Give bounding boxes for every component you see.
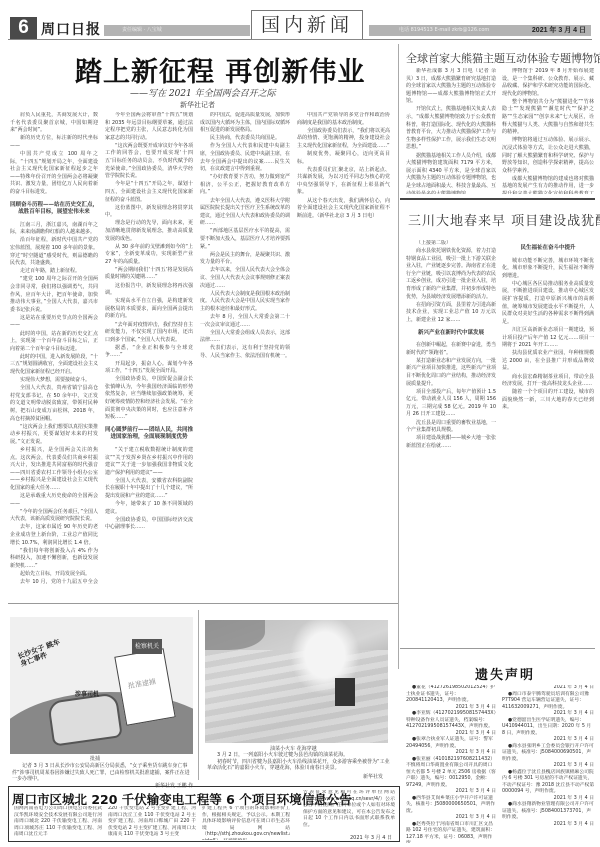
lost-notice-entry: ●商水县张明乡工会委员会银行开户许可证遗失，核准号：J5084000690501… <box>502 744 594 764</box>
story-divider <box>400 198 595 200</box>
section-title: 国内新闻 <box>251 10 363 39</box>
paragraph: 去年以来，全国人民代表大会全体会议、全国人大代表大会议事规则修正案表决通过…… <box>200 267 290 290</box>
prosecutor-badge: 检察机关 <box>132 639 162 654</box>
cartoon-driver-label: 涉事司机 <box>75 689 99 698</box>
paragraph: 中国共产党成立 100 周年之际，“十四五”规划开局之年，全面建设社会主义现代化… <box>10 151 98 197</box>
paragraph: 今年，她带来了 10 条不同领域的建议。 <box>105 501 193 516</box>
paragraph: 作为全国人大代表和民建中央副主席，全国政协委员、民建中央副主席，在去年全国两会中… <box>200 143 290 173</box>
paragraph: 商水县宏森精制茶业项目，带动全县经济发展，打开一批高科技龙头企业…… <box>502 374 594 389</box>
paragraph: 实现伟大梦想，需要接续奋斗。 <box>10 377 98 385</box>
paragraph: 今年是“十四五”开局之年，谋划十四五，全面建设社会主义现代化国家新征程的奋斗蓝图… <box>105 181 193 204</box>
notice-column: 扩建工程共 6 个项目的环境影响评价工作，根据相关规定，予以公示。本期工程具体环… <box>202 806 290 840</box>
lost-notice-entry: ●西华县艾岗乡菜庄小学开户许可证遗失，核准号：J5080000650501，声明… <box>406 796 496 816</box>
paragraph: 去年，这家市属近 90 年历史的老企业成功登上新台阶，工业总产值同比增长 10.… <box>10 524 98 547</box>
lead-column-4: 中国共产党领导的多党合作和政治协商制度是我国的基本政治制度。 全国政协委员们表示… <box>297 112 390 584</box>
photo-hill <box>205 620 265 650</box>
paragraph: 江南三月，浙江嘉兴，南湖百年之际，来来南湖瞻仰红船的人越来越多。 <box>10 222 98 237</box>
paragraph: 中国共产党领导的多党合作和政治协商制度是我国的基本政治制度。 <box>297 112 390 127</box>
lost-notice-date: 2021 年 3 月 4 日 <box>502 822 594 829</box>
paragraph: 新的历史方位，标注新的时代坐标—— <box>10 135 98 150</box>
paragraph: “这次两会既要开成审议好今年各项工作的回答会，也要开成实现‘十四五’目标任务的动… <box>105 143 193 181</box>
paragraph: “关于建立税收数据统计制度的建议”“关于发挥乡贤在乡村振兴中作用的建议”“关于进… <box>105 447 193 477</box>
paragraph: 全国人大常委会组成人员表示，这部法律…… <box>200 330 290 345</box>
paragraph: 这是站在重要历史节点的全国两会—— <box>10 315 98 330</box>
paragraph: 全国政协委员们表示，“我们将以更高昂的热情、更饱满的精神，投身建设社会主义现代化… <box>297 128 390 151</box>
lost-notices-title[interactable]: 遗失声明 <box>475 664 535 683</box>
continued-note: （上接第二版） <box>406 240 496 248</box>
paragraph: 今年全国两会将审查“十四五”规划和 2035 年远景目标纲要草案，通过法定程序把… <box>105 112 193 142</box>
paragraph: 肩负人民重托，共商发展大计，数千名代表委员聚首京城，中国如期迎来“两会时间”。 <box>10 112 98 135</box>
paragraph: 博物馆将通过互动体验、展示展示、沉浸式体验等方式，让公众走进大熊猫，同时了解大熊… <box>502 137 594 175</box>
column-divider <box>398 44 399 669</box>
lost-notice-entry: ●杨鑫位于沈丘县槐店回族镇棉麻公司院内 6 号楼 301 号房屋的不动产权证遗失… <box>502 770 594 796</box>
paragraph: 走过百年路，踏上新征程。 <box>10 268 98 276</box>
van-illustration <box>47 692 123 746</box>
paragraph: 从这个春天出发，我们满怀信心，向着全面建设社会主义现代化国家新征程不断前进。（新… <box>297 198 390 221</box>
paragraph: 这是承载重大历史使命的全国两会—— <box>10 493 98 508</box>
lost-notice-entry: ●赵秀英位于河南省周口市川汇区文昌路 102 号住宅的房产证遗失，建筑面积：12… <box>406 822 496 844</box>
paragraph: 博物馆于 2019 年 8 月开始布展建设，是一个集科研、公众教育、展示、藏品收… <box>502 68 594 98</box>
lost-notice-entry: ●党德韶出生医学证明遗失，编号：U410944011，出生日期：2020 年 5… <box>502 718 594 738</box>
paragraph: 项目建设战犹酣——城乡大地一张张新蓝图正在绘就…… <box>406 435 496 450</box>
paragraph: 据熊猫基地相关工作人员介绍，成都大熊猫博物馆建筑面积 7179 平方米，展示面积… <box>406 153 496 194</box>
paragraph: 全国政协委员，中国国际经济交流中心副理事长…… <box>105 517 193 532</box>
lead-column-1: 肩负人民重托，共商发展大计，数千名代表委员聚首京城，中国如期迎来“两会时间”。 … <box>10 112 98 584</box>
panda-column-2: 博物馆于 2019 年 8 月开始布展建设，是一个集科研、公众教育、展示、藏品收… <box>502 68 594 194</box>
paragraph: 成都大熊猫博物馆的建成也将对熊猫基地的发展产生有力的推动作用，进一步提升和完善大… <box>502 176 594 194</box>
section-subhead: 民生福祉在奋斗中提升 <box>502 245 594 253</box>
paragraph: 中心城区各区局推动服务业高质量发展，不断推进项目建设，推动中心城区发展扩容提质，… <box>502 281 594 327</box>
lost-notice-entry: ●张亚丽（410182197608211432）不慎将周口华商置业有限公司开具的… <box>406 757 496 790</box>
lead-column-3: 的中国式，促进高质量发展，加快形成以国内大循环为主体，国内国际双循环相互促进的新… <box>200 112 290 584</box>
lead-byline: 新华社记者 <box>180 100 215 110</box>
paragraph: 去年全国人大代表，遵义医科大学附属医院院长提出关于医疗卫生系统改革的建议，通过全… <box>200 198 290 228</box>
paragraph: 在招商引资方面，县里着力引进高新技术企业，实现工业总产值 10 万元以上，新建企… <box>406 302 496 325</box>
photo-credit: 新华社发 <box>363 773 383 780</box>
editorial-cartoon[interactable]: 检察机关 批准逮捕 长沙女子 跳车身亡事件 涉事司机 <box>10 617 193 754</box>
column-divider <box>198 610 199 780</box>
paragraph: 从 30 多年前的戈壁滩到如今的“上专家”，全新变革成功，实现新型产业 27 年… <box>105 244 193 267</box>
paragraph: “我们每年将创新投入占 4% 作为科研投入，加速不懈创新，也新设发展新契机……” <box>10 548 98 571</box>
paragraph: 去年 8 月，全国人大常委会第二十一次会议审议通过…… <box>200 314 290 329</box>
notice-column: 220 千伏变电站 2 号主变扩建工程、河南周口沈丘工业 110 千伏变电站 2… <box>108 806 196 840</box>
paragraph: 某打造新业态和产业发展方向，一批新兴产业项目加快推进，这些新兴产业项目不断优化周… <box>406 358 496 388</box>
paragraph: 人民代表大会制度是我国根本政治制度。人民代表大会是中国人民实现当家作主的根本途径… <box>200 291 290 314</box>
lost-notice-entry: ●李亚辉（412702199508157443X）特种设备作业人员证遗失，档案编… <box>406 711 496 731</box>
sanchuan-column-2: 民生福祉在奋斗中提升 城市功能不断完善，城市环境不断优化，城市形象不断提升，民生… <box>502 240 594 640</box>
issue-date: 2021 年 3 月 4 日 <box>532 25 586 36</box>
lost-notices-column-1: ●董花（412726198502012524）护士执业证书遗失，证号：20084… <box>406 685 496 843</box>
page-number: 6 <box>10 17 37 39</box>
paragraph: “西部地区基层医疗水平的提高，需要不断加大投入，基层医疗人才培养要抓紧。” <box>200 228 290 251</box>
paragraph: 整个博物馆共分为“熊猫进化”“竹林隐士”“发现熊猫”“濒危时代”“保护之路”“生… <box>502 99 594 137</box>
panda-headline[interactable]: 全球首家大熊猫主题互动体验专题博物馆开馆 <box>406 50 600 66</box>
paragraph: 这份报告中，新发展理念将再次强调。 <box>105 283 193 298</box>
photo-title: 油菜小火车 花海穿越 <box>270 745 317 752</box>
masthead: 6 周口日报 责任编辑 · 八宝城 国内新闻 电话 8194513 E-mail… <box>8 10 594 38</box>
news-photo[interactable] <box>205 620 388 743</box>
paragraph: 新华社成都 3 月 3 日电（记者 余贝）3 日，成都大熊猫繁育研究基地打造的全… <box>406 68 496 106</box>
paragraph: “建党 100 周年之际召开的全国两会非同寻常，我们将以强调勇气，共同作风，应百… <box>10 276 98 314</box>
paragraph: 两会是民主的舞台，是凝聚共识、激发力量的平台。 <box>200 252 290 267</box>
paragraph: 代表们表示，这有利于坚持党的领导、人民当家作主、依法治国有机统一。 <box>200 345 290 360</box>
lead-column-2: 今年全国两会将审查“十四五”规划和 2035 年远景目标纲要草案，通过法定程序把… <box>105 112 193 584</box>
paragraph: “去年面对疫情冲击，我们坚持自主研发能力，不仅实现了国内市场，还出口到多个国家，… <box>105 322 193 345</box>
lost-notice-entry: ●商水县翔新物业管理有限公司开户许可证遗失，核准号：J5084001373701… <box>502 802 594 822</box>
paragraph: 城市功能不断完善，城市环境不断优化，城市形象不断提升，民生福祉不断得到增进。 <box>502 258 594 281</box>
photo-caption-line-2: 初春时节，四川省犍为县嘉阳小火车沿线油菜花开，众多游客乘坐被誉为“工业革命活化石… <box>207 759 390 772</box>
panda-column-1: 新华社成都 3 月 3 日电（记者 余贝）3 日，成都大熊猫繁育研究基地打造的全… <box>406 68 496 194</box>
editor-bar: 责任编辑 · 八宝城 <box>104 25 250 36</box>
paragraph: “两会期间我们‘十四五’将是发展高质量时期的关键期……” <box>105 267 193 282</box>
sanchuan-column-1: （上接第二版） 商水县依托钢铁优化资源，着力打造特钢食品工业园，吸引一批上下游关… <box>406 240 496 640</box>
section-subhead: 回顾奋斗历程——站在历史交汇点，战胜百年目标，展望宏伟未来 <box>10 202 98 217</box>
lost-notice-entry: ●张翠合执业军人证遗失，证号：警军20494056，声明作废。 <box>406 737 496 750</box>
cartoon-event-label: 长沙女子 跳车身亡事件 <box>17 638 65 668</box>
paragraph: 开馆仪式上，熊猫基地相关负责人表示，“成都大熊猫博物馆致力于公众教育科普，将打造… <box>406 106 496 152</box>
paragraph: “今年的全国两会任务艰巨，”全国人大代表，该新高质发展研究院院长说。 <box>10 509 98 524</box>
paper-name-logo: 周口日报 <box>41 19 101 39</box>
cartoon-title: 批捕 <box>90 755 100 762</box>
photo-caption: 3 月 2 日，一列嘉阳小火车驶过犍为县芭沟镇的油菜花海。 初春时节，四川省犍为… <box>207 752 390 772</box>
lost-notices-column-2: 2021 年 3 月 4 日 ●周口市泰宇腾驾驶员培训有限公司豫 P7T904 … <box>502 685 594 843</box>
paragraph: 此时的中国，站在新的历史交汇点上，实现第一个百年奋斗目标之后，正向着第二个百年奋… <box>10 331 98 354</box>
paragraph: 商水县依托钢铁优化资源，着力打造特钢食品工业园，吸引一批上下游关联企业入驻，产业… <box>406 248 496 301</box>
lost-notice-entry: ●周口市泰宇腾驾驶员培训有限公司豫 P7T904 营运车辆营运证遗失，证号：41… <box>502 692 594 712</box>
paragraph: 全国政协委员，中国贸促会副会长张慎峰认为，今年我国经济面临的形势依然复杂，应当继… <box>105 376 193 422</box>
masthead-rule <box>8 39 592 40</box>
lost-notice-entry: ●董花（412726198502012524）护士执业证书遗失，证号：20084… <box>406 685 496 705</box>
paragraph: 据悉，“企业正积极参与全球竞争……” <box>105 345 193 360</box>
notice-column: 告表征求意见稿可在环评单位网站（http://www.whhkaq.cn/sev… <box>303 790 395 832</box>
paragraph: 这份蓝图中，新发展理念将贯穿其中。 <box>105 205 193 220</box>
section-divider <box>400 648 595 649</box>
paragraph: 乡村振兴，是全国两会关注的焦点。这次两会，代表委员们共商乡村振兴大计，发出推进共… <box>10 447 98 493</box>
notice-date: 2021 年 3 月 4 日 <box>350 834 392 841</box>
paragraph: 理念是行动的先导，面向未来，更加清晰地贯彻新发展理念，推动高质量发展的成色。 <box>105 220 193 243</box>
paragraph: 全国人大代表，贵州省镇宁县高仓村党支部书记，在 50 余年中，文正发的文道文明带… <box>10 385 98 423</box>
lead-subtitle: ——写在 2021 年全国两会召开之际 <box>130 86 276 99</box>
paragraph: 扶沟县优质农业产业园，年种植规模达 2000 亩，在全县推广并形成品牌效益。 <box>502 350 594 373</box>
sanchuan-headline[interactable]: 三川大地春来早 项目建设战犹酣 <box>408 210 600 229</box>
section-subhead: 新兴产业在新时代中谋发展 <box>406 330 496 338</box>
paragraph: 全国人大代表，安徽省农科院副院长在履职十年中提出了十几个建议，“所提出发展和产业… <box>105 478 193 501</box>
paragraph: 实现高水平自立自强，是构建新发展格局的本质要求，面向全国两会提出的新方向。 <box>105 298 193 321</box>
paragraph: 项目全部投产后，每年产值预计 1.5 亿元，带动就业人员 156 人，周期 15… <box>406 389 496 419</box>
paragraph: 代表委员们汇聚北京，站上新起点、共谋新发展，为以习近平同志为核心的党中央坚强领导… <box>297 167 390 197</box>
paragraph: 制度优势，凝聚同心，迈向更高目标。 <box>297 151 390 166</box>
paragraph: 此时的中国，进入新发展阶段，“十三五”规划圆满收官，全面建设社会主义现代化国家新… <box>10 354 98 377</box>
paragraph: 起始先立目标，开局发展全面。 <box>10 571 98 579</box>
section-divider <box>8 603 398 604</box>
paragraph: 在创新中崛起，在新赛中奋进，勇当新时代的“领跑者”。 <box>406 342 496 357</box>
paragraph: 沈丘县是周口重要的畜牧业基地，一个产业集群初具规模。 <box>406 420 496 435</box>
paragraph: 开局起步，振奋人心。谋划今年各项工作，“十四五”发展全面开局。 <box>105 361 193 376</box>
paragraph: 民主协商，代表委员共商国是。 <box>200 135 290 143</box>
paragraph: “办好教育要下苦功，努力做到宽严相济，公平公正，把握好教育改革方向。” <box>200 174 290 197</box>
paragraph: 川汇区高新新业态项目一期建设，预计项目投产后年产值 12 亿元……项目一期将于 … <box>502 327 594 350</box>
paragraph: 去年 10 月，党的十九届五中全会审议通过“十四五”规划建议，明确了“十四五”时… <box>10 579 98 584</box>
paragraph: “这次两会上我们想要以真招实策推动乡村振兴，更要谋划好未来的村发展。”文正发说。 <box>10 424 98 447</box>
lead-headline[interactable]: 踏上新征程 再创新伟业 <box>75 50 335 89</box>
paragraph: 随着一个个项目的开工建设，城市的面貌焕然一新，三川大地的春天已经到来。 <box>502 389 594 412</box>
section-subhead: 同心圆梦前行——团结人民，共同推进国家治理，全面展现制度优势 <box>105 427 193 442</box>
paragraph: 的中国式，促进高质量发展，加快形成以国内大循环为主体，国内国际双循环相互促进的新… <box>200 112 290 135</box>
cartoon-caption: 记者 3 月 3 日从长沙市公安局高新区分局获悉，“女子乘坐货车跳车身亡事件”涉… <box>12 763 192 783</box>
paragraph: 沿百年征程，新时代中国共产党的宏伟蓝图，展现着 100 多年前的景象。穿过“时空… <box>10 237 98 267</box>
photo-train <box>335 678 355 706</box>
notice-column: 国网河南省电力公司周口供电公司委托武汉华凯环境安全技术发展有限公司进行河南周口城… <box>14 806 102 840</box>
